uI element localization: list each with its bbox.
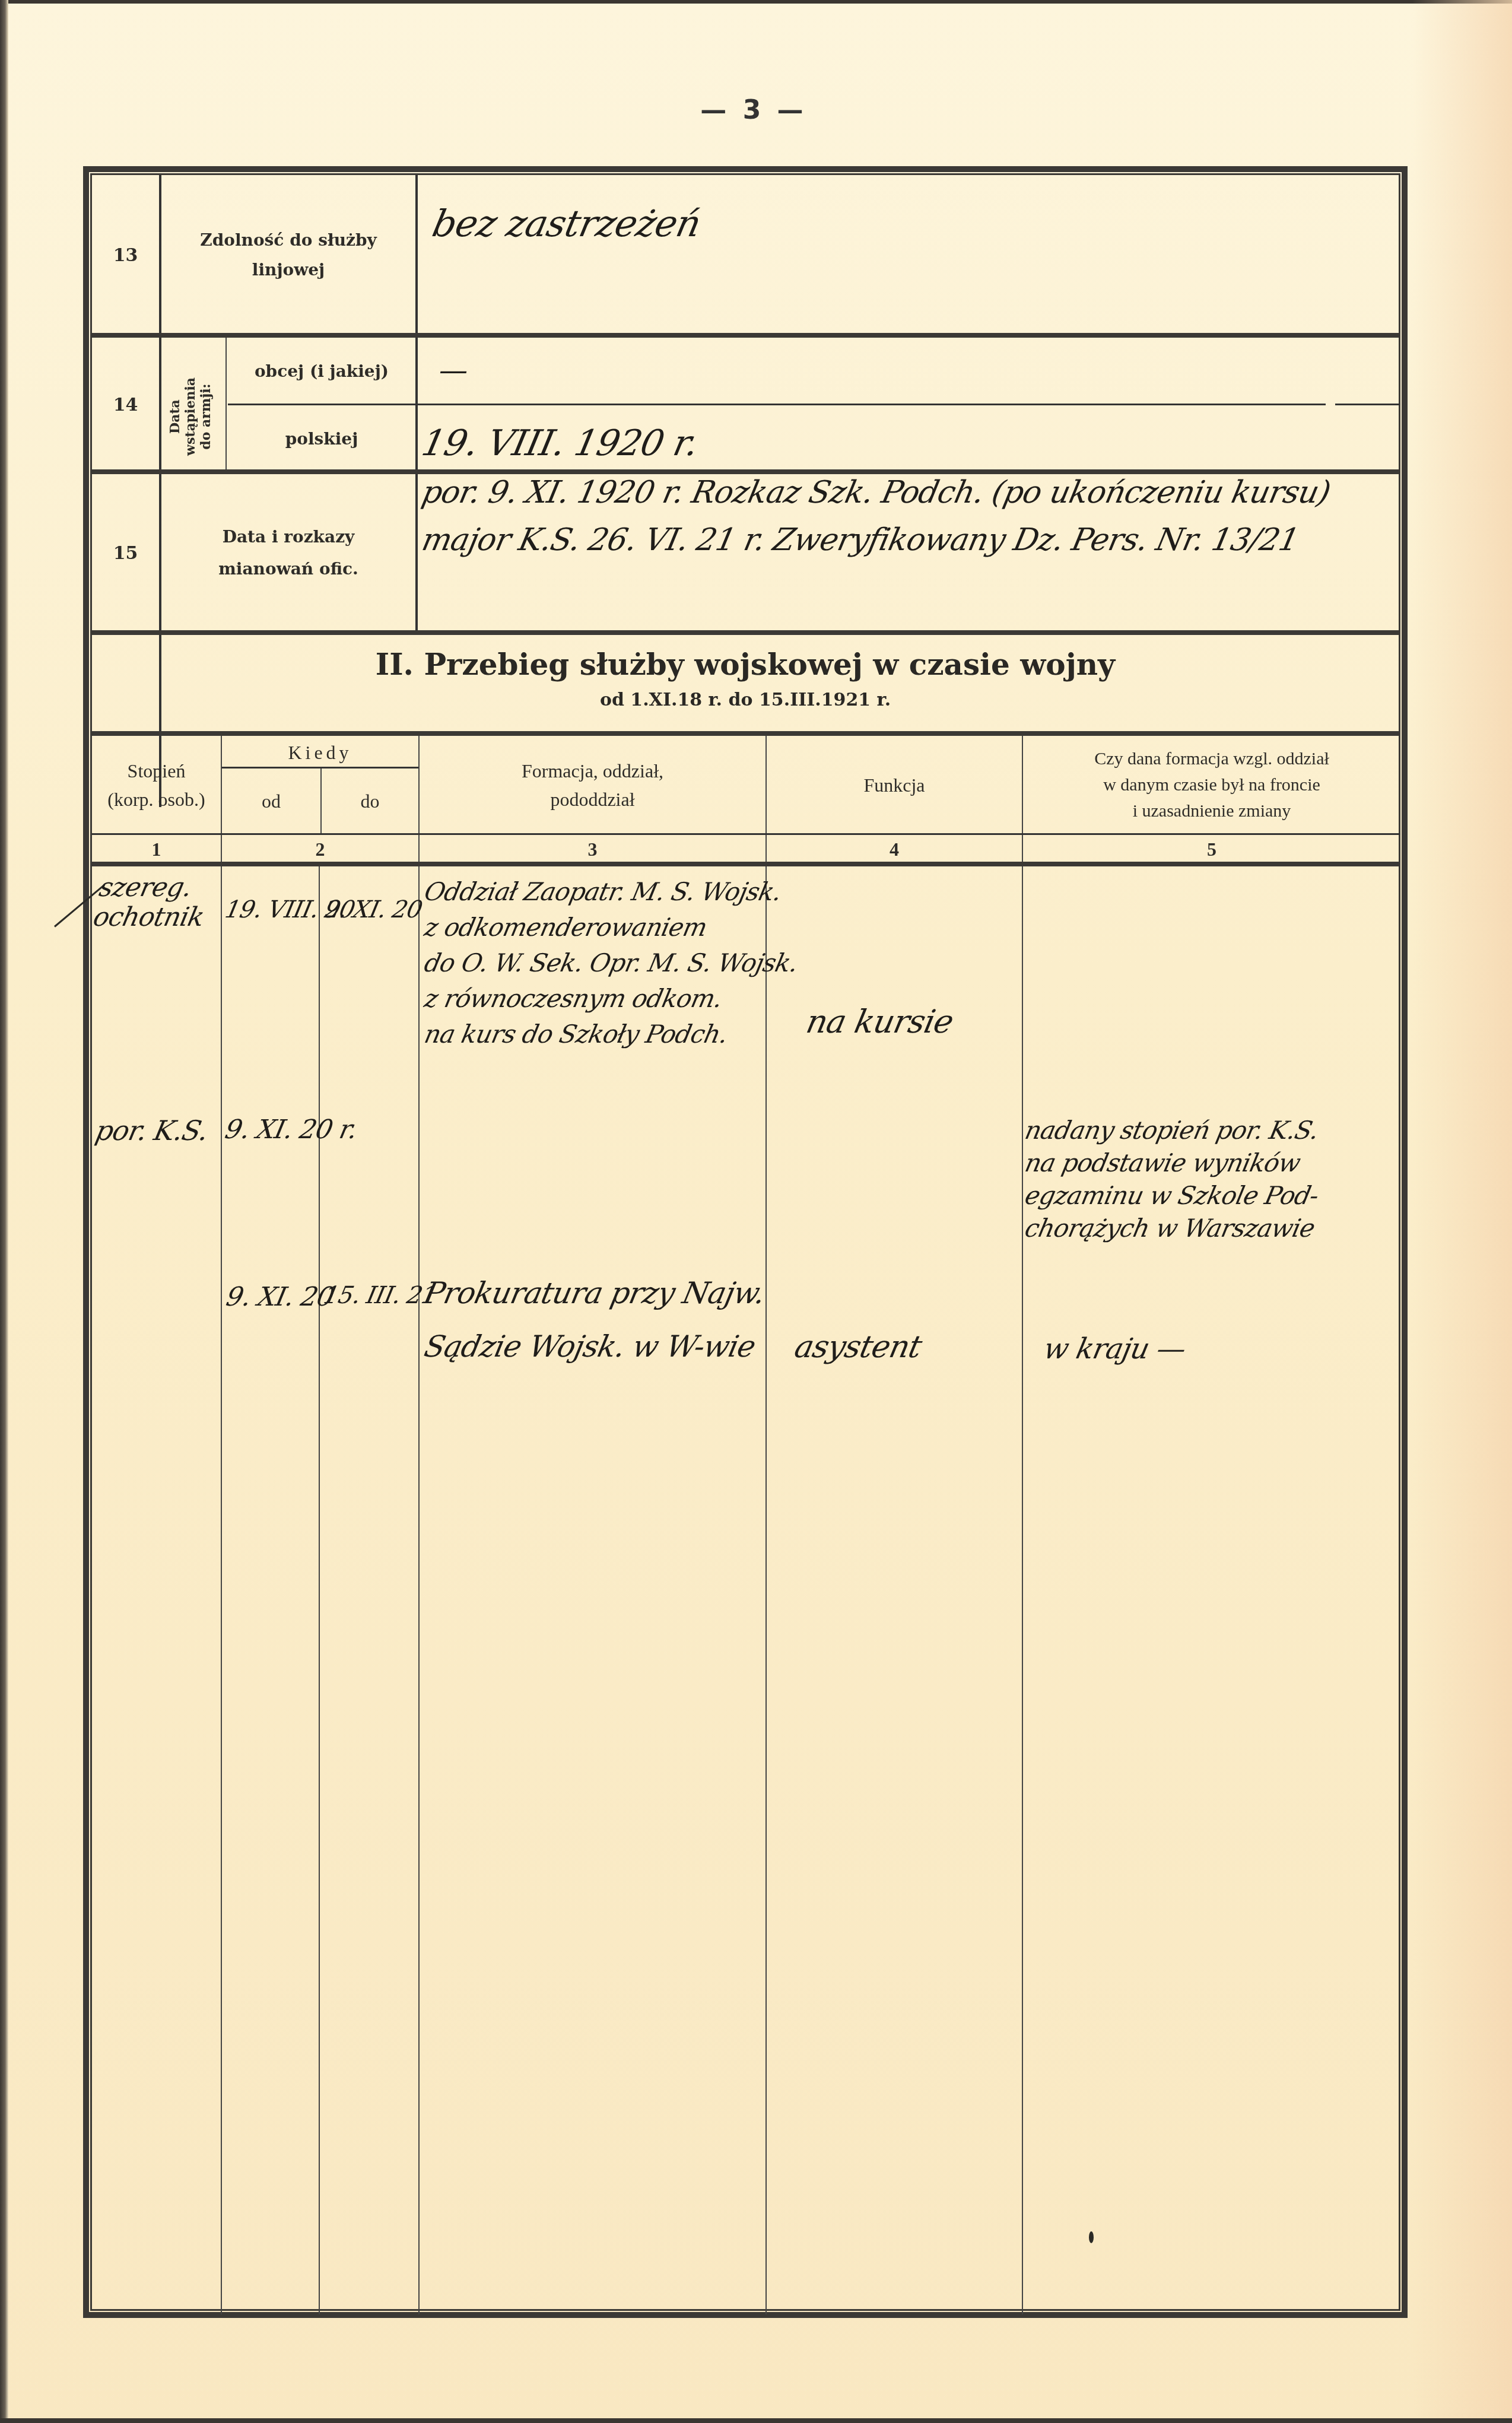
entry-3-to: 15. III. 21 (321, 1282, 439, 1309)
row-14-sub-rule-end (1335, 404, 1400, 405)
section-2-title: II. Przebieg służby wojskowej w czasie w… (90, 647, 1400, 682)
col-3-number: 3 (420, 835, 765, 863)
col-3-header-line2: pododdział (550, 785, 634, 814)
entry-2-note-line4: chorążych w Warszawie (1022, 1214, 1317, 1243)
entry-3-note: w kraju — (1041, 1332, 1189, 1365)
row-14-bottom-rule (92, 469, 1400, 474)
entry-1-formation-line3: do O. W. Sek. Opr. M. S. Wojsk. (422, 948, 801, 977)
row-14-number: 14 (92, 338, 159, 472)
col-2-from-header: od (222, 768, 320, 834)
row-15-value-line2: major K.S. 26. VI. 21 r. Zweryfikowany D… (419, 522, 1302, 558)
row-13-bottom-rule (92, 333, 1400, 338)
row-15-number: 15 (92, 474, 159, 632)
divider-col-2-3 (418, 736, 420, 2314)
col-3-header-line1: Formacja, oddział, (522, 757, 663, 785)
col-4-number: 4 (767, 835, 1022, 863)
row-14-group-label-line3: do armji: (198, 351, 214, 482)
row-13-label-line2: linjowej (252, 255, 325, 285)
entry-1-formation-line1: Oddział Zaopatr. M. S. Wojsk. (422, 877, 784, 906)
row-14-group-label-line1: Data (167, 351, 183, 482)
row-14-group-label: Data wstąpienia do armji: (167, 351, 217, 482)
col-5-header-line1: Czy dana formacja wzgl. oddział (1094, 746, 1329, 772)
entry-1-rank-line1: szereg. (97, 872, 195, 903)
section2-header-rule (92, 731, 1400, 736)
row-14-foreign-label: obcej (i jakiej) (228, 338, 415, 404)
entry-2-note-line1: nadany stopień por. K.S. (1022, 1116, 1322, 1145)
page-edge-top (0, 0, 1512, 4)
section-2-date-range: od 1.XI.18 r. do 15.III.1921 r. (90, 690, 1400, 710)
row-14-polish-value: 19. VIII. 1920 r. (418, 423, 702, 464)
entry-1-formation-line5: na kurs do Szkoły Podch. (422, 1020, 730, 1049)
col-3-header: Formacja, oddział, pododdział (420, 736, 765, 834)
col-1-header-line2: (korp. osob.) (107, 785, 205, 814)
row-14-foreign-value: — (439, 354, 467, 387)
entry-1-formation-line2: z odkomenderowaniem (422, 913, 710, 942)
ink-blot (1089, 2231, 1094, 2243)
column-number-rule (92, 862, 1400, 866)
divider-row-14-group (225, 338, 227, 472)
col-5-header: Czy dana formacja wzgl. oddział w danym … (1023, 736, 1400, 834)
col-5-header-line3: i uzasadnienie zmiany (1133, 798, 1291, 824)
col-1-header: Stopień (korp. osob.) (92, 736, 221, 834)
entry-3-formation-line1: Prokuratura przy Najw. (421, 1276, 768, 1310)
row-15-label: Data i rozkazy mianowań ofic. (161, 474, 415, 632)
row-13-label-line1: Zdolność do służby (200, 226, 377, 255)
divider-col-4-5 (1022, 736, 1023, 2314)
section1-bottom-rule (92, 630, 1400, 635)
entry-1-function: na kursie (803, 1003, 957, 1040)
row-15-label-line2: mianowań ofic. (218, 553, 358, 585)
row-14-polish-label: polskiej (228, 406, 415, 472)
entry-1-to: 9. XI. 20 (322, 896, 424, 923)
entry-2-from: 9. XI. 20 r. (223, 1114, 360, 1145)
col-1-number: 1 (92, 835, 221, 863)
col-2-group-header: Kiedy (222, 736, 418, 768)
divider-col-1-2 (221, 736, 222, 2314)
row-13-number: 13 (92, 175, 159, 335)
entry-3-function: asystent (792, 1329, 925, 1365)
entry-1-formation-line4: z równoczesnym odkom. (422, 984, 725, 1013)
page-number: — 3 — (682, 95, 825, 125)
entry-2-rank: por. K.S. (93, 1114, 211, 1147)
paper-stain (1412, 0, 1512, 2423)
row-13-value: bez zastrzeżeń (428, 202, 704, 245)
divider-od-do-body (319, 863, 320, 2314)
page-edge-bottom (0, 2418, 1512, 2423)
col-5-header-line2: w danym czasie był na froncie (1103, 772, 1320, 798)
col-1-header-line1: Stopień (128, 757, 186, 785)
entry-3-from: 9. XI. 20 (224, 1282, 336, 1312)
row-13-label: Zdolność do służby linjowej (161, 175, 415, 335)
col-2-to-header: do (322, 768, 418, 834)
page-binding-edge (0, 0, 8, 2423)
entry-3-formation-line2: Sądzie Wojsk. w W-wie (421, 1329, 758, 1364)
col-4-header: Funkcja (767, 736, 1022, 834)
row-15-value-line1: por. 9. XI. 1920 r. Rozkaz Szk. Podch. (… (419, 475, 1333, 510)
entry-2-note-line2: na podstawie wyników (1022, 1148, 1303, 1177)
entry-2-note-line3: egzaminu w Szkole Pod- (1022, 1181, 1322, 1210)
row-14-group-label-line2: wstąpienia (183, 351, 198, 482)
entry-1-rank-line2: ochotnik (91, 902, 207, 932)
row-14-sub-rule (228, 404, 1326, 405)
row-15-label-line1: Data i rozkazy (223, 521, 355, 553)
col-2-number: 2 (222, 835, 418, 863)
col-5-number: 5 (1023, 835, 1400, 863)
